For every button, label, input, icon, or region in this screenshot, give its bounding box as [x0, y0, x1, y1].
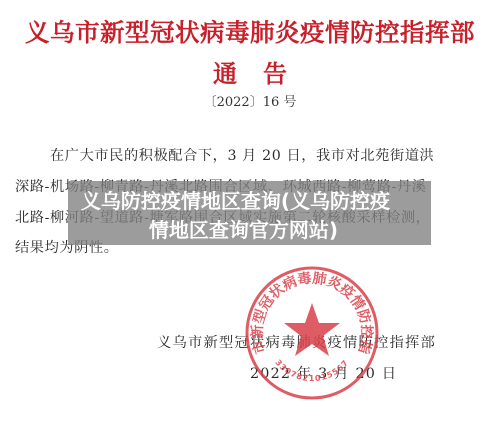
issuer-title: 义乌市新型冠状病毒肺炎疫情防控指挥部: [0, 14, 500, 49]
svg-text:3307821015567: 3307821015567: [273, 358, 350, 383]
star-icon: [284, 303, 340, 356]
caption-line: 情地区查询官方网站): [62, 214, 425, 243]
document-number: 〔2022〕16 号: [0, 91, 500, 110]
caption-overlay: 义乌防控疫情地区查询(义乌防控疫 情地区查询官方网站): [68, 181, 431, 245]
notice-document: 义乌市新型冠状病毒肺炎疫情防控指挥部 通告 〔2022〕16 号 在广大市民的积…: [0, 0, 500, 429]
official-seal: 义乌市新型冠状病毒肺炎疫情防控指挥部 3307821015567: [244, 265, 380, 401]
notice-heading: 通告: [0, 54, 500, 89]
body-paragraph-line: 在广大市民的积极配合下，3 月 20 日，我市对北苑街道洪: [50, 145, 434, 165]
caption-line: 义乌防控疫情地区查询(义乌防控疫: [54, 185, 417, 214]
